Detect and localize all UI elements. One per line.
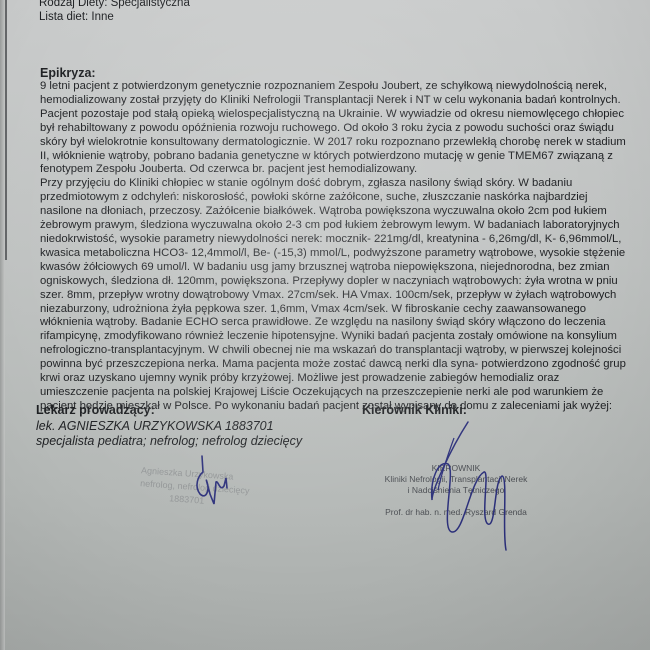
body-line: włóknienia wątroby. Badanie ECHO serca p…: [40, 316, 640, 330]
body-line: Pacjent pozostaje pod stałą opieką wielo…: [40, 108, 640, 122]
clinic-head-stamp: KIEROWNIK Kliniki Nefrologii, Transplant…: [366, 463, 546, 518]
body-line: był rehabiltowany z powodu opóźnienia ro…: [40, 122, 640, 136]
body-line: kwasów żółciowych 69 umol/l. W badaniu u…: [40, 261, 640, 275]
clinic-head-label: Kierownik Kliniki:: [362, 403, 467, 417]
attending-physician-name: lek. AGNIESZKA URZYKOWSKA 1883701: [36, 419, 302, 435]
attending-physician-block: Lekarz prowadzący: lek. AGNIESZKA URZYKO…: [36, 403, 302, 450]
body-line: niezaburzony, udrożniona żyła pępkowa sz…: [40, 303, 640, 317]
body-line: fenotypem Zespołu Jouberta. Od czerwca b…: [40, 163, 640, 177]
physician-stamp: Agnieszka Urzykowska nefrolog, nefrolog …: [139, 464, 251, 511]
diet-type: Rodzaj Diety: Specjalistyczna: [39, 0, 190, 10]
body-line: żebrowym prawym, śledziona wyczuwalna ok…: [40, 219, 640, 233]
stamp-line: Prof. dr hab. n. med. Ryszard Grenda: [366, 507, 546, 518]
body-line: umieszczenie pacjenta na polskiej Krajow…: [40, 386, 640, 400]
stamp-line: KIEROWNIK: [366, 463, 546, 474]
body-line: hemodializowany został przyjęty do Klini…: [40, 94, 640, 108]
body-line: powinna być przeszczepiona nerka. Mama p…: [40, 358, 640, 372]
attending-physician-label: Lekarz prowadzący:: [36, 403, 302, 419]
diet-list: Lista diet: Inne: [39, 10, 190, 24]
stamp-line: Kliniki Nefrologii, Transplantacji Nerek: [366, 474, 546, 485]
body-line: skóry był wielokrotnie konsultowany derm…: [40, 136, 640, 150]
body-line: nefrologiczno-transplantacyjnym. W chwil…: [40, 344, 640, 358]
epikryza-body: 9 letni pacjent z potwierdzonym genetycz…: [40, 80, 640, 414]
attending-physician-specialty: specjalista pediatra; nefrolog; nefrolog…: [36, 434, 302, 450]
body-line: nasilone na dłoniach, przeczosy. Zażółce…: [40, 205, 640, 219]
body-line: kwasica metaboliczna HCO3- 12,4mmol/l, B…: [40, 247, 640, 261]
body-line: niedokrwistość, wysokie parametry niewyd…: [40, 233, 640, 247]
body-line: 9 letni pacjent z potwierdzonym genetycz…: [40, 80, 640, 94]
body-line: II, włóknienie wątroby, pobrano badania …: [40, 150, 640, 164]
stamp-line: i Nadciśnienia Tętniczego: [366, 485, 546, 496]
page-edge-line: [5, 0, 7, 260]
epikryza-title: Epikryza:: [40, 66, 96, 80]
body-line: Przy przyjęciu do Kliniki chłopiec w sta…: [40, 177, 640, 191]
diet-header: Rodzaj Diety: Specjalistyczna Lista diet…: [39, 0, 190, 24]
stamp-line: [366, 496, 546, 507]
body-line: ogniskowych, śledziona dł. 120mm, powięk…: [40, 275, 640, 289]
body-line: rifampicynę, zmodyfikowano również lecze…: [40, 330, 640, 344]
body-line: przedmiotowym z odchyleń: niskorosłość, …: [40, 191, 640, 205]
body-line: szer. 8mm, przepływ wrotny dowątrobowy V…: [40, 289, 640, 303]
body-line: krwi oraz uzyskano ujemny wynik próby kr…: [40, 372, 640, 386]
